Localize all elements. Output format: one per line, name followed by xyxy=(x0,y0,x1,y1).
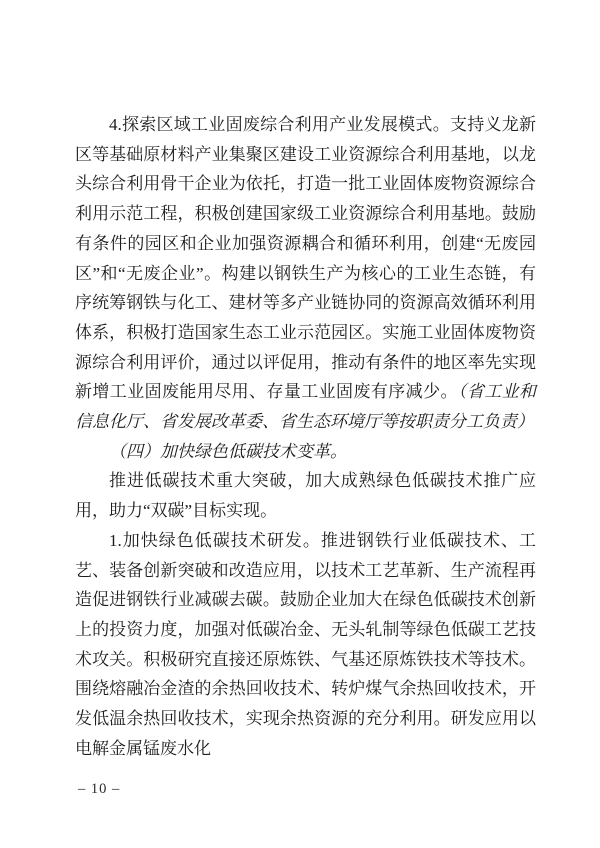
page-number: – 10 – xyxy=(78,781,120,797)
section-heading-green-lowcarbon: （四）加快绿色低碳技术变革。 xyxy=(75,437,536,467)
document-body: 4.探索区域工业固废综合利用产业发展模式。支持义龙新区等基础原材料产业集聚区建设… xyxy=(75,110,536,763)
paragraph-lowcarbon-rd: 1.加快绿色低碳技术研发。推进钢铁行业低碳技术、工艺、装备创新突破和改造应用，以… xyxy=(75,526,536,764)
document-page: 4.探索区域工业固废综合利用产业发展模式。支持义龙新区等基础原材料产业集聚区建设… xyxy=(0,0,600,848)
paragraph-solid-waste-model-text: 4.探索区域工业固废综合利用产业发展模式。支持义龙新区等基础原材料产业集聚区建设… xyxy=(75,115,536,401)
page-footer: – 10 – xyxy=(78,779,120,799)
paragraph-lowcarbon-intro: 推进低碳技术重大突破，加大成熟绿色低碳技术推广应用，助力“双碳”目标实现。 xyxy=(75,466,536,525)
paragraph-solid-waste-model: 4.探索区域工业固废综合利用产业发展模式。支持义龙新区等基础原材料产业集聚区建设… xyxy=(75,110,536,437)
